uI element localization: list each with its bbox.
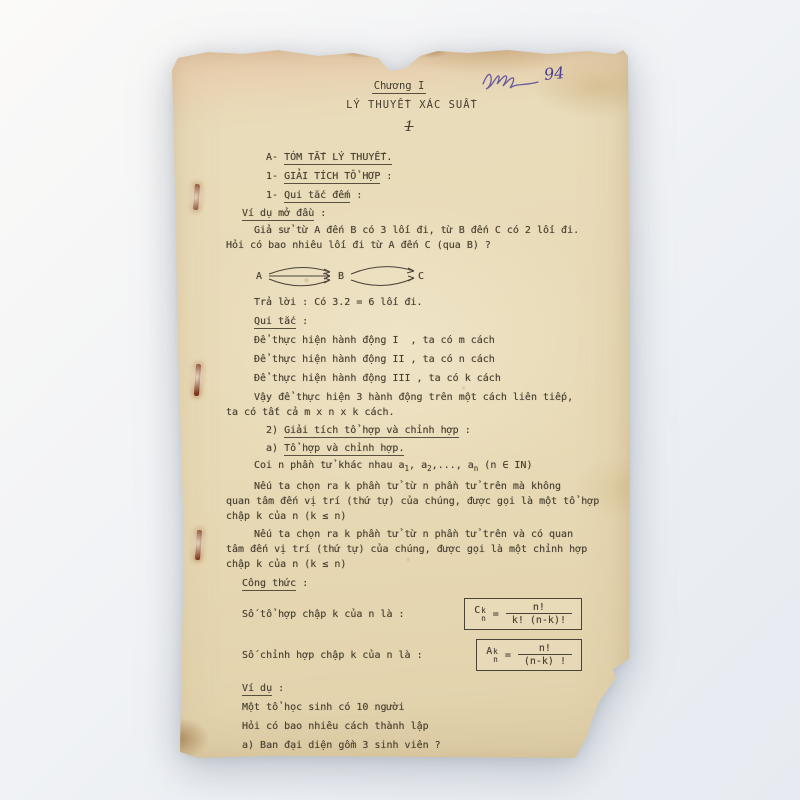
arrangement-definition-line: chập k của n (k ≤ n) — [226, 557, 588, 572]
section2-heading: 2) Giải tích tổ hợp và chỉnh hợp : — [226, 423, 588, 438]
staple-mark — [194, 364, 201, 396]
staple-mark — [193, 184, 200, 210]
chapter-heading: Chương I — [372, 80, 427, 94]
combination-fraction: n!k! (n-k)! — [506, 602, 572, 626]
combination-symbol: C — [474, 605, 480, 616]
opening-example-line: Giả sử từ A đến B có 3 lối đi, từ B đến … — [226, 223, 588, 238]
subsection-a-heading: a) Tổ hợp và chỉnh hợp. — [226, 441, 588, 456]
staple-mark — [195, 530, 202, 560]
arrangement-fraction: n!(n-k) ! — [518, 643, 572, 667]
page-mark: 1 — [188, 119, 630, 135]
combination-formula-row: Số tổ hợp chập k của n là : Ckn = n!k! (… — [226, 596, 588, 632]
typewritten-content: A- TÓM TẮT LÝ THUYẾT. 1- GIẢI TÍCH TỔ HỢ… — [226, 150, 588, 772]
rule-line: Để thực hiện hành động II , ta có n cách — [226, 352, 588, 367]
document-page: 94 Chương I LÝ THUYẾT XÁC SUẤT 1 A- TÓM … — [168, 44, 630, 760]
paper-sheet: 94 Chương I LÝ THUYẾT XÁC SUẤT 1 A- TÓM … — [168, 44, 630, 760]
rule-conclusion-line: ta có tất cả m x n x k cách. — [226, 405, 588, 420]
formulas-heading: Công thức : — [226, 576, 588, 591]
example-line: b) Ban chấp hành gồm 1 tổ trưởng và 1 tổ… — [226, 757, 588, 772]
svg-text:C: C — [418, 271, 424, 282]
example-line: Một tổ học sinh có 10 người — [226, 700, 588, 715]
arrangement-formula-row: Số chỉnh hợp chập k của n là : Akn = n!(… — [226, 637, 588, 673]
opening-example-line: Hỏi có bao nhiêu lối đi từ A đến C (qua … — [226, 238, 588, 253]
opening-example-heading: Ví dụ mở đầu : — [226, 206, 588, 221]
example-line: a) Ban đại diện gồm 3 sinh viên ? — [226, 738, 588, 753]
example-line: Hỏi có bao nhiêu cách thành lập — [226, 719, 588, 734]
photo-scene: 94 Chương I LÝ THUYẾT XÁC SUẤT 1 A- TÓM … — [0, 0, 800, 800]
svg-text:B: B — [338, 271, 344, 282]
page-header: Chương I LÝ THUYẾT XÁC SUẤT 1 — [168, 74, 630, 135]
equals-sign: = — [493, 609, 499, 620]
counting-rule-heading: 1- Qui tắc đếm : — [226, 188, 588, 203]
equals-sign: = — [505, 650, 511, 661]
path-diagram: A B C — [254, 257, 434, 293]
rule-line: Để thực hiện hành động III , ta có k các… — [226, 371, 588, 386]
combination-definition-line: Nếu ta chọn ra k phần tử từ n phần tử tr… — [226, 479, 588, 494]
arrangement-definition-line: tâm đến vị trí (thứ tự) của chúng, được … — [226, 542, 588, 557]
rule-heading: Qui tắc : — [226, 314, 588, 329]
summary-heading: A- TÓM TẮT LÝ THUYẾT. — [226, 150, 588, 165]
combination-definition-line: quan tâm đến vị trí (thứ tự) của chúng, … — [226, 494, 588, 509]
page-title: LÝ THUYẾT XÁC SUẤT — [194, 99, 630, 111]
arrangement-formula-box: Akn = n!(n-k) ! — [476, 639, 582, 671]
combination-formula-label: Số tổ hợp chập k của n là : — [242, 609, 405, 620]
arrangement-definition-line: Nếu ta chọn ra k phần tử từ n phần tử tr… — [226, 527, 588, 542]
combination-definition-line: chập k của n (k ≤ n) — [226, 509, 588, 524]
combination-formula-box: Ckn = n!k! (n-k)! — [464, 598, 582, 630]
section1-heading: 1- GIẢI TÍCH TỔ HỢP : — [226, 169, 588, 184]
elements-line: Coi n phần tử khác nhau a1, a2,..., an (… — [226, 458, 588, 476]
arrangement-symbol: A — [486, 646, 492, 657]
rule-line: Để thực hiện hành động I , ta có m cách — [226, 333, 588, 348]
answer-line: Trả lời : Có 3.2 = 6 lối đi. — [226, 295, 588, 310]
rule-conclusion-line: Vậy để thực hiện 3 hành động trên một cá… — [226, 390, 588, 405]
arrangement-formula-label: Số chỉnh hợp chập k của n là : — [242, 650, 423, 661]
example-heading: Ví dụ : — [226, 681, 588, 696]
svg-text:A: A — [256, 271, 262, 282]
